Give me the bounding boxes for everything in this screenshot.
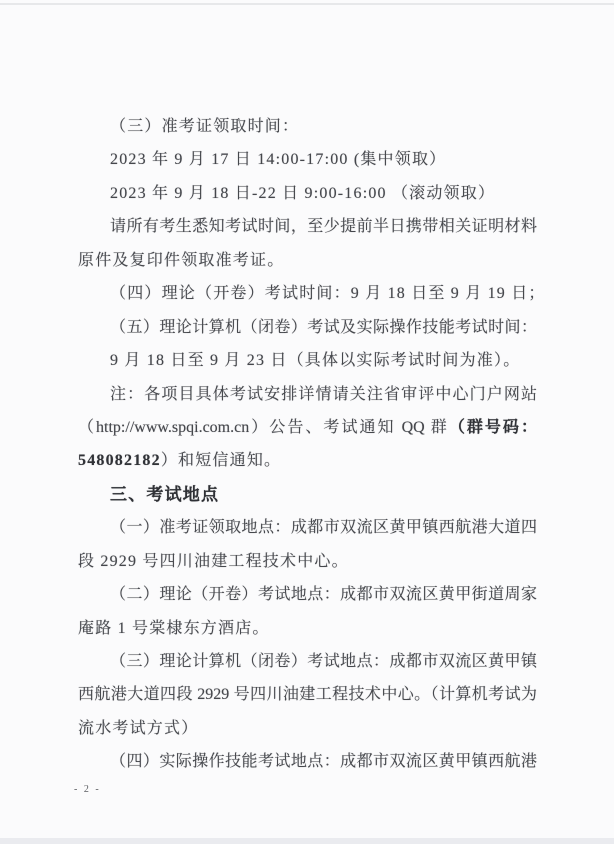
text-line-note-3: 548082182）和短信通知。 (78, 444, 537, 477)
text-line-pickup-time-2: 2023 年 9 月 18 日-22 日 9:00-16:00 （滚动领取） (78, 177, 537, 210)
text-line-theory-location-2: 庵路 1 号棠棣东方酒店。 (78, 612, 537, 645)
sms-notice-text: ）和短信通知。 (161, 452, 281, 469)
text-line-theory-location-1: （二）理论（开卷）考试地点：成都市双流区黄甲街道周家 (78, 578, 537, 611)
text-line-permit-pickup-location-1: （一）准考证领取地点：成都市双流区黄甲镇西航港大道四 (78, 511, 537, 544)
document-body: （三）准考证领取时间： 2023 年 9 月 17 日 14:00-17:00 … (78, 110, 537, 779)
text-line-computer-location-3: 流水考试方式） (78, 712, 537, 745)
text-line-note-1: 注：各项目具体考试安排详情请关注省审评中心门户网站 (78, 378, 537, 411)
text-line-notice-2: 原件及复印件领取准考证。 (78, 244, 537, 277)
section-heading-exam-locations: 三、考试地点 (78, 478, 537, 511)
text-line-computer-exam-time-1: （五）理论计算机（闭卷）考试及实际操作技能考试时间： (78, 311, 537, 344)
text-line-computer-location-2: 西航港大道四段 2929 号四川油建工程技术中心。（计算机考试为 (78, 678, 537, 711)
website-url-text: （http://www.spqi.com.cn）公告、考试通知 QQ 群 (78, 419, 449, 436)
text-line-notice-1: 请所有考生悉知考试时间，至少提前半日携带相关证明材料 (78, 210, 537, 243)
text-line-permit-pickup-time-heading: （三）准考证领取时间： (78, 110, 537, 143)
text-line-computer-exam-time-2: 9 月 18 日至 9 月 23 日（具体以实际考试时间为准）。 (78, 344, 537, 377)
scan-edge-bottom (0, 838, 614, 844)
text-line-computer-location-1: （三）理论计算机（闭卷）考试地点：成都市双流区黄甲镇 (78, 645, 537, 678)
qq-group-label: （群号码： (449, 419, 537, 436)
text-line-practical-location-1: （四）实际操作技能考试地点：成都市双流区黄甲镇西航港 (78, 745, 537, 778)
text-line-theory-open-book-time: （四）理论（开卷）考试时间：9 月 18 日至 9 月 19 日； (78, 277, 537, 310)
text-line-note-2: （http://www.spqi.com.cn）公告、考试通知 QQ 群（群号码… (78, 411, 537, 444)
scan-edge-top (0, 3, 614, 5)
scanned-document-page: （三）准考证领取时间： 2023 年 9 月 17 日 14:00-17:00 … (0, 0, 614, 844)
qq-group-number: 548082182 (78, 452, 161, 469)
text-line-pickup-time-1: 2023 年 9 月 17 日 14:00-17:00 (集中领取） (78, 143, 537, 176)
text-line-permit-pickup-location-2: 段 2929 号四川油建工程技术中心。 (78, 545, 537, 578)
page-number: - 2 - (74, 784, 101, 795)
